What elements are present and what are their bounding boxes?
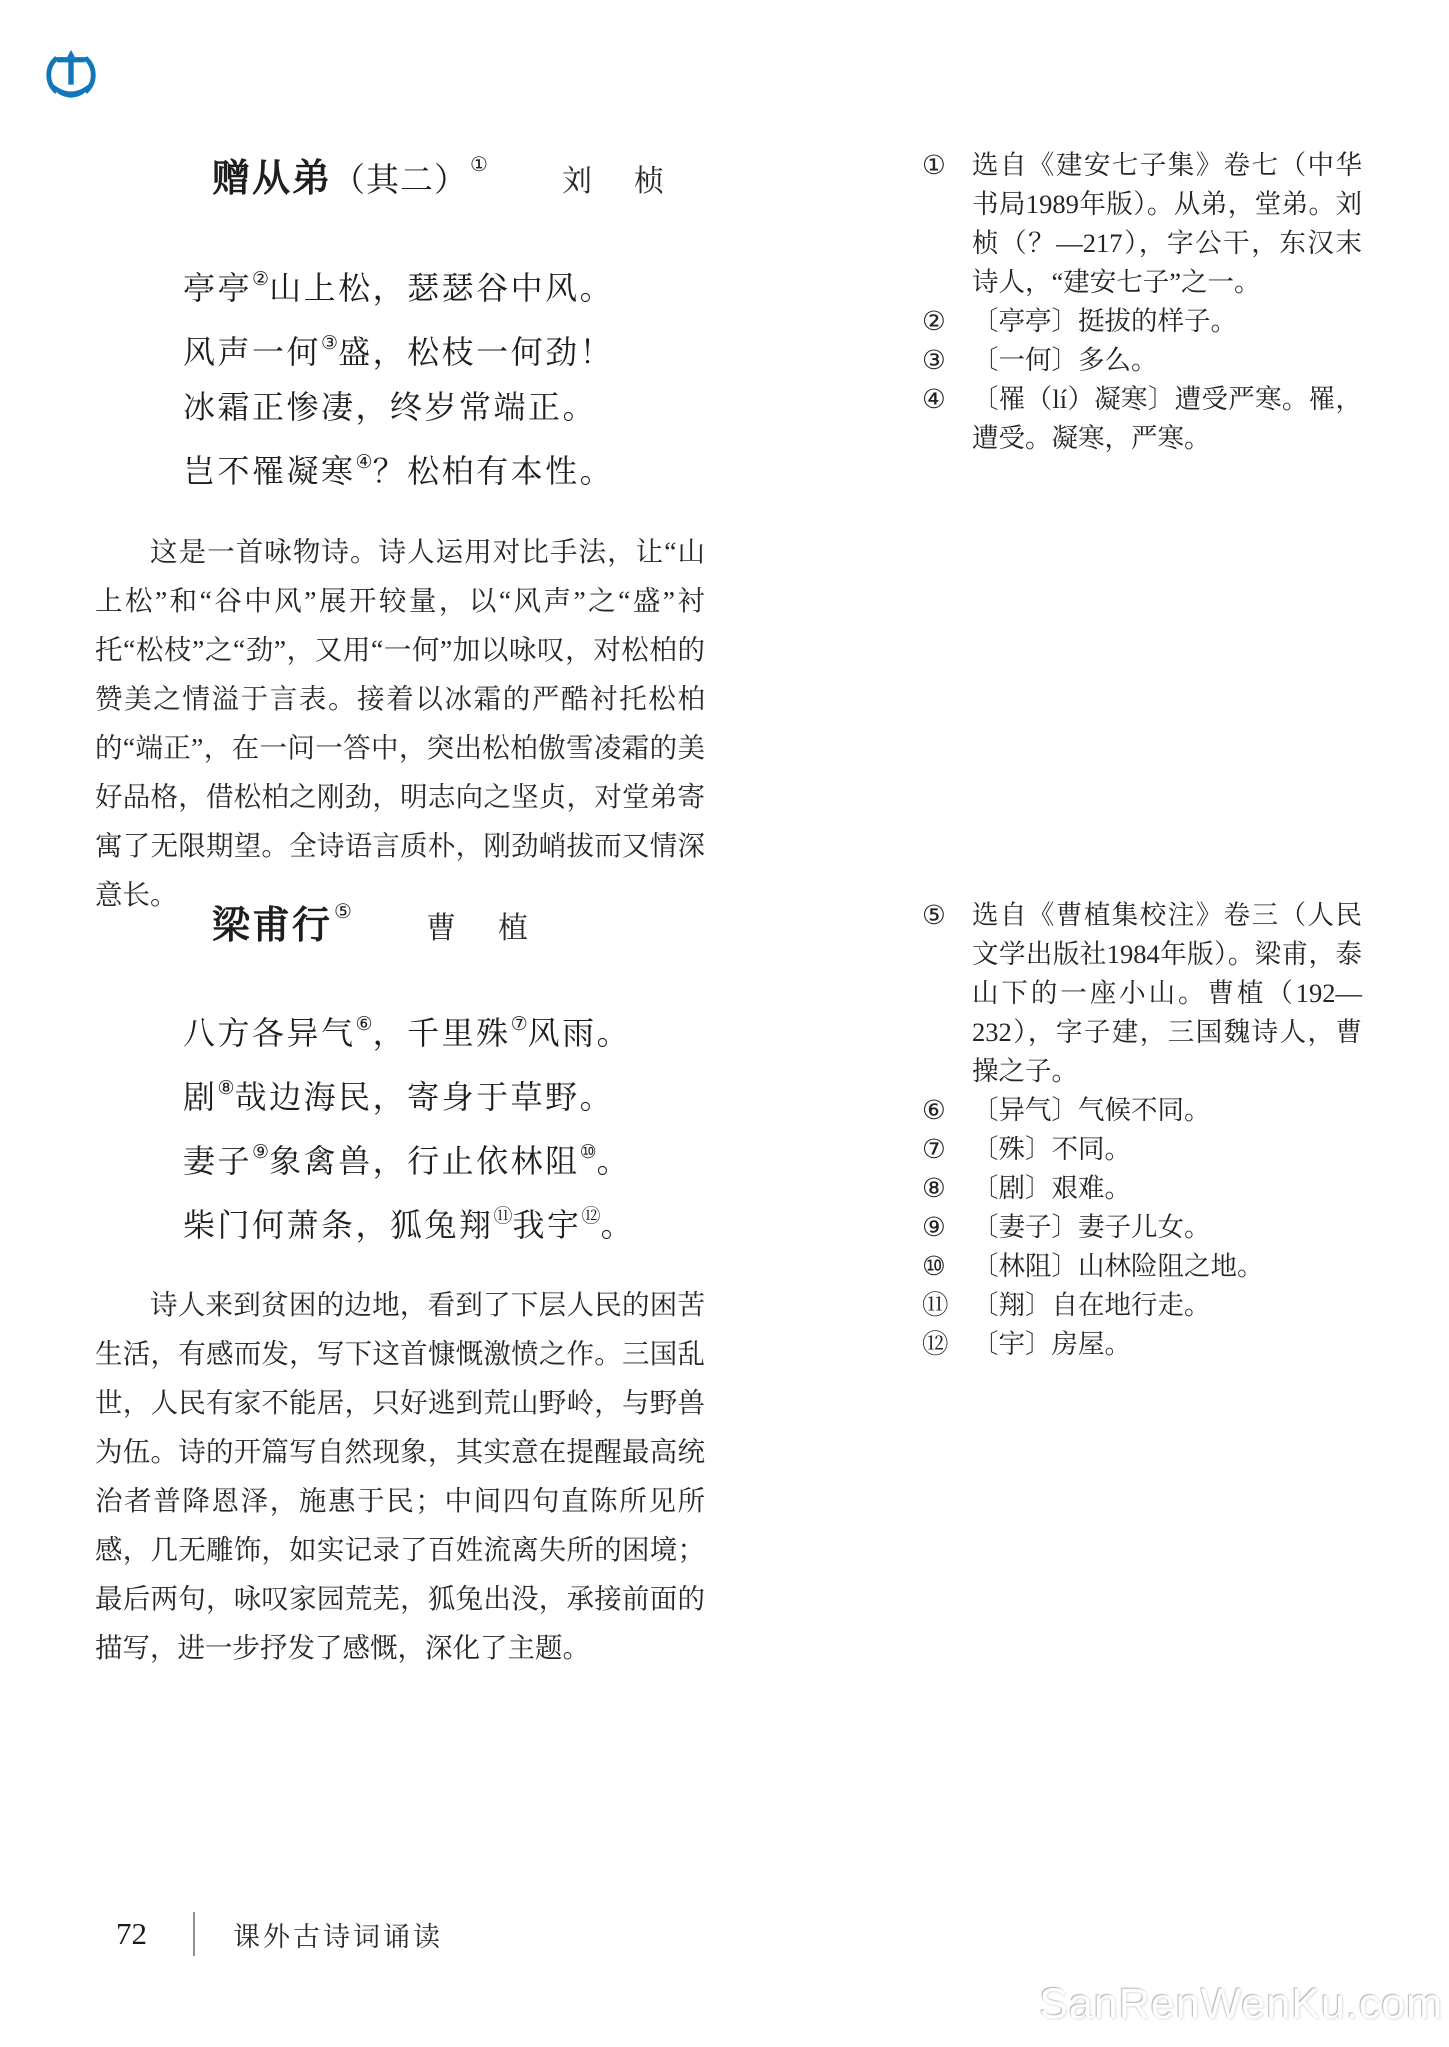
- annotation-text: 〔亭亭〕挺拔的样子。: [972, 302, 1362, 341]
- poem-body-2: 八方各异气⑥，千里殊⑦风雨。剧⑧哉边海民，寄身于草野。妻子⑨象禽兽，行止依林阻⑩…: [183, 997, 635, 1253]
- poem-title-main: 梁甫行: [212, 905, 332, 947]
- annotation-text: 〔一何〕多么。: [972, 341, 1362, 380]
- annotation-item: ⑤选自《曹植集校注》卷三（人民文学出版社1984年版）。梁甫，泰山下的一座小山。…: [922, 896, 1362, 1091]
- annotation-item: ①选自《建安七子集》卷七（中华书局1989年版）。从弟，堂弟。刘桢（？—217）…: [922, 146, 1362, 302]
- poem-title-2: 梁甫行⑤曹 植: [212, 889, 534, 957]
- poem-line: 亭亭②山上松，瑟瑟谷中风。: [183, 252, 614, 316]
- annotation-number: ⑩: [922, 1247, 972, 1286]
- title-note-ref: ⑤: [334, 901, 352, 923]
- annotation-item: ⑥〔异气〕气候不同。: [922, 1091, 1362, 1130]
- annotation-list-1: ①选自《建安七子集》卷七（中华书局1989年版）。从弟，堂弟。刘桢（？—217）…: [922, 146, 1362, 458]
- annotation-text: 〔林阻〕山林险阻之地。: [972, 1247, 1362, 1286]
- annotation-number: ④: [922, 380, 972, 458]
- title-note-ref: ①: [470, 154, 488, 176]
- annotation-text: 〔异气〕气候不同。: [972, 1091, 1362, 1130]
- annotation-number: ⑨: [922, 1208, 972, 1247]
- poem-line: 剧⑧哉边海民，寄身于草野。: [183, 1061, 635, 1125]
- textbook-page: 赠从弟（其二）①刘 桢 亭亭②山上松，瑟瑟谷中风。风声一何③盛，松枝一何劲！冰霜…: [0, 0, 1449, 2047]
- poem-author: 曹 植: [426, 912, 534, 945]
- annotation-text: 〔翔〕自在地行走。: [972, 1286, 1362, 1325]
- annotation-item: ②〔亭亭〕挺拔的样子。: [922, 302, 1362, 341]
- poem-line: 风声一何③盛，松枝一何劲！: [183, 316, 614, 380]
- poem-line: 妻子⑨象禽兽，行止依林阻⑩。: [183, 1125, 635, 1189]
- poem-title-main: 赠从弟: [212, 158, 332, 200]
- note-ref: ⑦: [511, 1014, 528, 1035]
- anchor-logo-icon: [42, 46, 100, 104]
- annotation-number: ③: [922, 341, 972, 380]
- annotation-number: ⑥: [922, 1091, 972, 1130]
- annotation-number: ⑧: [922, 1169, 972, 1208]
- page-number: 72: [116, 1916, 147, 1952]
- note-ref: ⑪: [494, 1206, 513, 1227]
- note-ref: ③: [321, 333, 338, 354]
- annotation-number: ⑦: [922, 1130, 972, 1169]
- poem-body-1: 亭亭②山上松，瑟瑟谷中风。风声一何③盛，松枝一何劲！冰霜正惨凄，终岁常端正。岂不…: [183, 252, 614, 499]
- poem-line: 冰霜正惨凄，终岁常端正。: [183, 380, 614, 435]
- annotation-item: ⑦〔殊〕不同。: [922, 1130, 1362, 1169]
- annotation-text: 选自《建安七子集》卷七（中华书局1989年版）。从弟，堂弟。刘桢（？—217），…: [972, 146, 1362, 302]
- annotation-text: 〔剧〕艰难。: [972, 1169, 1362, 1208]
- poem-author: 刘 桢: [562, 165, 670, 198]
- annotation-item: ④〔罹（lí）凝寒〕遭受严寒。罹，遭受。凝寒，严寒。: [922, 380, 1362, 458]
- annotation-item: ⑨〔妻子〕妻子儿女。: [922, 1208, 1362, 1247]
- poem-line: 柴门何萧条，狐兔翔⑪我宇⑫。: [183, 1189, 635, 1253]
- annotation-item: ⑩〔林阻〕山林险阻之地。: [922, 1247, 1362, 1286]
- annotation-text: 〔殊〕不同。: [972, 1130, 1362, 1169]
- poem-title-paren: （其二）: [332, 163, 468, 199]
- annotation-number: ⑤: [922, 896, 972, 1091]
- annotation-text: 〔罹（lí）凝寒〕遭受严寒。罹，遭受。凝寒，严寒。: [972, 380, 1362, 458]
- poem-title-1: 赠从弟（其二）①刘 桢: [212, 142, 670, 210]
- annotation-item: ⑫〔宇〕房屋。: [922, 1325, 1362, 1364]
- annotation-number: ②: [922, 302, 972, 341]
- page-footer: 72 课外古诗词诵读: [116, 1912, 443, 1956]
- note-ref: ②: [252, 269, 269, 290]
- annotation-item: ③〔一何〕多么。: [922, 341, 1362, 380]
- poem-commentary-2: 诗人来到贫困的边地，看到了下层人民的困苦生活，有感而发，写下这首慷慨激愤之作。三…: [95, 1280, 705, 1672]
- annotation-text: 〔宇〕房屋。: [972, 1325, 1362, 1364]
- note-ref: ⑥: [356, 1014, 373, 1035]
- annotation-item: ⑧〔剧〕艰难。: [922, 1169, 1362, 1208]
- note-ref: ⑫: [582, 1206, 601, 1227]
- note-ref: ⑨: [252, 1142, 269, 1163]
- note-ref: ⑧: [218, 1078, 235, 1099]
- poem-line: 八方各异气⑥，千里殊⑦风雨。: [183, 997, 635, 1061]
- annotation-number: ⑪: [922, 1286, 972, 1325]
- watermark: SanRenWenKu.com: [1039, 1980, 1443, 2029]
- annotation-number: ①: [922, 146, 972, 302]
- note-ref: ⑩: [580, 1142, 597, 1163]
- note-ref: ④: [356, 452, 373, 473]
- footer-section-label: 课外古诗词诵读: [233, 1915, 443, 1954]
- footer-divider: [193, 1912, 195, 1956]
- annotation-list-2: ⑤选自《曹植集校注》卷三（人民文学出版社1984年版）。梁甫，泰山下的一座小山。…: [922, 896, 1362, 1364]
- poem-line: 岂不罹凝寒④？松柏有本性。: [183, 435, 614, 499]
- annotation-text: 选自《曹植集校注》卷三（人民文学出版社1984年版）。梁甫，泰山下的一座小山。曹…: [972, 896, 1362, 1091]
- annotation-text: 〔妻子〕妻子儿女。: [972, 1208, 1362, 1247]
- annotation-item: ⑪〔翔〕自在地行走。: [922, 1286, 1362, 1325]
- poem-commentary-1: 这是一首咏物诗。诗人运用对比手法，让“山上松”和“谷中风”展开较量，以“风声”之…: [95, 527, 705, 919]
- annotation-number: ⑫: [922, 1325, 972, 1364]
